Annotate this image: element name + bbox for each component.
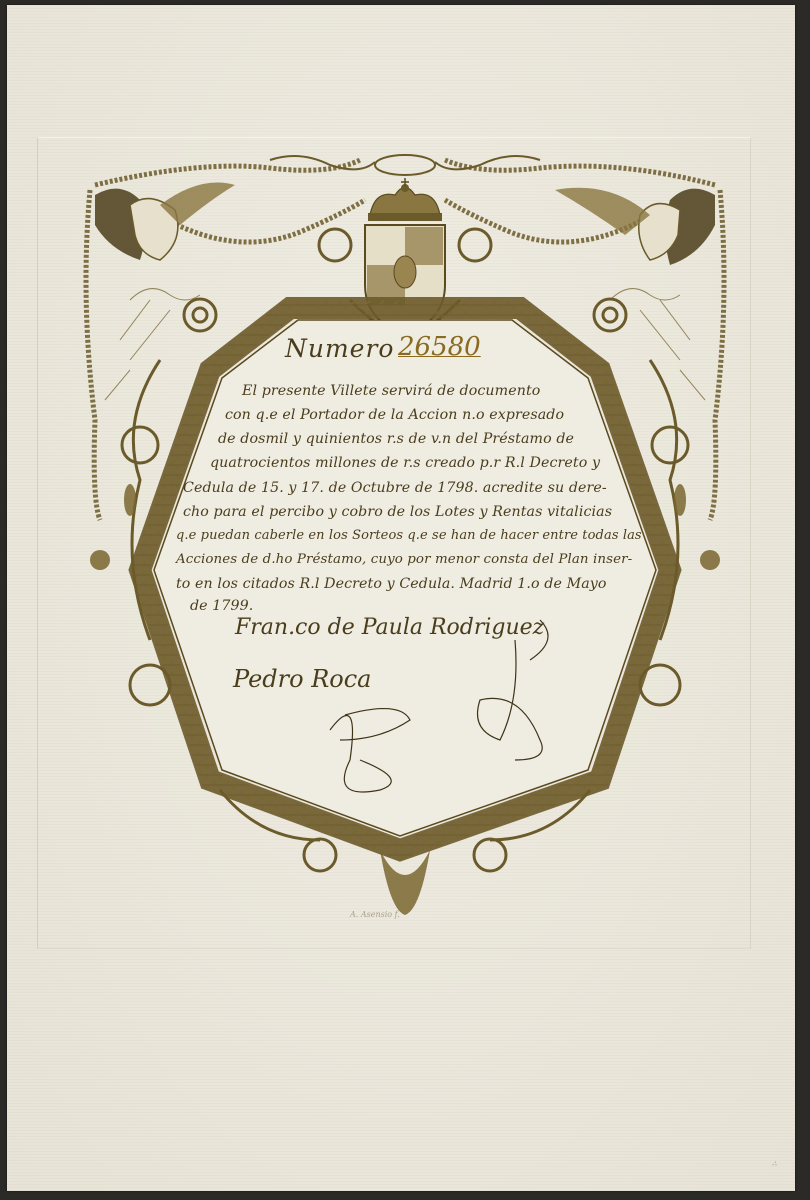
dove-right-icon (555, 188, 715, 265)
dove-left-icon (95, 183, 235, 261)
body-line: con q.e el Portador de la Accion n.o exp… (225, 407, 564, 423)
body-line: de dosmil y quinientos r.s de v.n del Pr… (218, 431, 574, 447)
body-line: q.e puedan caberle en los Sorteos q.e se… (176, 528, 642, 543)
body-line: El presente Villete servirá de documento (242, 383, 540, 399)
signature-rodriguez: Fran.co de Paula Rodriguez (235, 615, 544, 640)
royal-crown-icon (368, 178, 442, 221)
body-line: Acciones de d.ho Préstamo, cuyo por meno… (176, 552, 632, 567)
signature-roca: Pedro Roca (233, 665, 371, 693)
certificate-number: 26580 (398, 332, 481, 362)
engraver-credit: A. Asensio f. (350, 910, 400, 919)
corner-mark: ∴ (772, 1160, 776, 1168)
body-line: cho para el percibo y cobro de los Lotes… (183, 504, 612, 520)
body-line: Cedula de 15. y 17. de Octubre de 1798. … (183, 480, 607, 496)
numero-label: Numero (285, 334, 394, 363)
body-line: de 1799. (190, 598, 253, 614)
body-line: to en los citados R.l Decreto y Cedula. … (176, 576, 607, 592)
engraved-border-ornament (0, 0, 810, 1200)
body-line: quatrocientos millones de r.s creado p.r… (210, 455, 600, 471)
